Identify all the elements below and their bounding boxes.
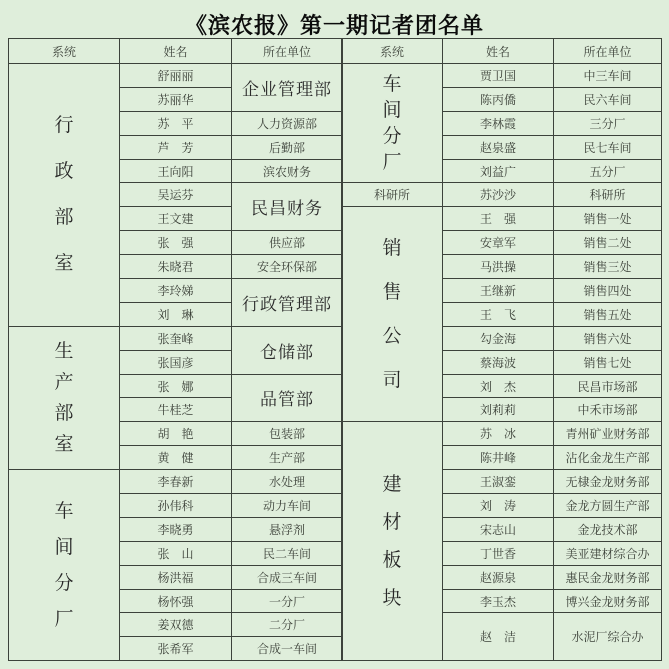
unit-cell: 一分厂 — [232, 589, 343, 613]
name-cell: 吴运芬 — [120, 183, 232, 207]
name-cell: 张 娜 — [120, 374, 232, 398]
name-cell: 勾金海 — [443, 326, 554, 350]
name-cell: 李春新 — [120, 470, 232, 494]
name-cell: 胡 艳 — [120, 422, 232, 446]
name-cell: 蔡海波 — [443, 350, 554, 374]
unit-cell: 民七车间 — [554, 135, 662, 159]
unit-cell: 供应部 — [232, 231, 343, 255]
unit-cell: 中三车间 — [554, 64, 662, 88]
unit-cell: 民二车间 — [232, 541, 343, 565]
name-cell: 安章军 — [443, 231, 554, 255]
unit-cell: 销售六处 — [554, 326, 662, 350]
table-row: 车间分厂 李春新 水处理 — [9, 470, 343, 494]
unit-cell: 青州矿业财务部 — [554, 422, 662, 446]
name-cell: 王文建 — [120, 207, 232, 231]
unit-cell: 金龙技术部 — [554, 517, 662, 541]
name-cell: 刘 杰 — [443, 374, 554, 398]
name-cell: 孙伟科 — [120, 494, 232, 518]
group-cell-workshop-right: 车间分厂 — [342, 64, 443, 183]
header-system-right: 系统 — [342, 39, 443, 64]
unit-cell: 包装部 — [232, 422, 343, 446]
unit-cell: 行政管理部 — [232, 279, 343, 327]
unit-cell: 销售一处 — [554, 207, 662, 231]
group-cell-admin: 行政部室 — [9, 64, 120, 327]
header-system-left: 系统 — [9, 39, 120, 64]
unit-cell: 五分厂 — [554, 159, 662, 183]
name-cell: 李林霞 — [443, 111, 554, 135]
name-cell: 杨洪福 — [120, 565, 232, 589]
name-cell: 宋志山 — [443, 517, 554, 541]
name-cell: 贾卫国 — [443, 64, 554, 88]
unit-cell: 博兴金龙财务部 — [554, 589, 662, 613]
table-row: 车间分厂 贾卫国 中三车间 — [342, 64, 662, 88]
unit-cell: 民六车间 — [554, 87, 662, 111]
group-cell-workshop-left: 车间分厂 — [9, 470, 120, 661]
name-cell: 赵泉盛 — [443, 135, 554, 159]
unit-cell: 金龙方圆生产部 — [554, 494, 662, 518]
name-cell: 王向阳 — [120, 159, 232, 183]
unit-cell: 销售七处 — [554, 350, 662, 374]
table-row: 科研所 苏沙沙 科研所 — [342, 183, 662, 207]
unit-cell: 后勤部 — [232, 135, 343, 159]
unit-cell: 水处理 — [232, 470, 343, 494]
unit-cell: 动力车间 — [232, 494, 343, 518]
name-cell: 王继新 — [443, 279, 554, 303]
left-table: 系统 姓名 所在单位 行政部室 舒丽丽 企业管理部 苏丽华 苏 平人力资源部 芦… — [8, 38, 343, 661]
name-cell: 苏沙沙 — [443, 183, 554, 207]
unit-cell: 中禾市场部 — [554, 398, 662, 422]
unit-cell: 销售四处 — [554, 279, 662, 303]
unit-cell: 水泥厂综合办 — [554, 613, 662, 661]
group-cell-sales: 销售公司 — [342, 207, 443, 422]
unit-cell: 美亚建材综合办 — [554, 541, 662, 565]
name-cell: 李玲娣 — [120, 279, 232, 303]
unit-cell: 科研所 — [554, 183, 662, 207]
unit-cell: 销售五处 — [554, 302, 662, 326]
unit-cell: 品管部 — [232, 374, 343, 422]
unit-cell: 企业管理部 — [232, 64, 343, 112]
unit-cell: 销售三处 — [554, 255, 662, 279]
name-cell: 陈丙僑 — [443, 87, 554, 111]
unit-cell: 生产部 — [232, 446, 343, 470]
name-cell: 张希军 — [120, 637, 232, 661]
name-cell: 朱晓君 — [120, 255, 232, 279]
name-cell: 张 强 — [120, 231, 232, 255]
name-cell: 舒丽丽 — [120, 64, 232, 88]
unit-cell: 民昌财务 — [232, 183, 343, 231]
group-cell-building-materials: 建材板块 — [342, 422, 443, 661]
unit-cell: 安全环保部 — [232, 255, 343, 279]
name-cell: 丁世香 — [443, 541, 554, 565]
group-label-admin: 行政部室 — [9, 116, 119, 273]
name-cell: 姜双德 — [120, 613, 232, 637]
name-cell: 王 飞 — [443, 302, 554, 326]
table-row: 行政部室 舒丽丽 企业管理部 — [9, 64, 343, 88]
table-row: 销售公司 王 强 销售一处 — [342, 207, 662, 231]
name-cell: 张国彦 — [120, 350, 232, 374]
header-unit-right: 所在单位 — [554, 39, 662, 64]
name-cell: 杨怀强 — [120, 589, 232, 613]
name-cell: 刘 涛 — [443, 494, 554, 518]
group-label-sales: 销售公司 — [342, 239, 442, 390]
name-cell: 苏丽华 — [120, 87, 232, 111]
name-cell: 赵 洁 — [443, 613, 554, 661]
group-label-building-materials: 建材板块 — [342, 475, 442, 608]
unit-cell: 滨农财务 — [232, 159, 343, 183]
group-label-workshop-left: 车间分厂 — [9, 502, 119, 629]
group-label-workshop-right: 车间分厂 — [342, 75, 442, 172]
table-row: 建材板块 苏 冰 青州矿业财务部 — [342, 422, 662, 446]
unit-cell: 合成一车间 — [232, 637, 343, 661]
name-cell: 李晓勇 — [120, 517, 232, 541]
name-cell: 刘益广 — [443, 159, 554, 183]
unit-cell: 仓储部 — [232, 326, 343, 374]
name-cell: 王淑銮 — [443, 470, 554, 494]
unit-cell: 民昌市场部 — [554, 374, 662, 398]
name-cell: 苏 平 — [120, 111, 232, 135]
header-name-right: 姓名 — [443, 39, 554, 64]
name-cell: 芦 芳 — [120, 135, 232, 159]
right-table: 系统 姓名 所在单位 车间分厂 贾卫国 中三车间 陈丙僑民六车间 李林霞三分厂 … — [341, 38, 662, 661]
name-cell: 王 强 — [443, 207, 554, 231]
table-row: 生产部室 张奎峰 仓储部 — [9, 326, 343, 350]
name-cell: 黄 健 — [120, 446, 232, 470]
name-cell: 李玉杰 — [443, 589, 554, 613]
name-cell: 牛桂芝 — [120, 398, 232, 422]
name-cell: 陈井峰 — [443, 446, 554, 470]
unit-cell: 沾化金龙生产部 — [554, 446, 662, 470]
name-cell: 刘 琳 — [120, 302, 232, 326]
name-cell: 苏 冰 — [443, 422, 554, 446]
unit-cell: 人力资源部 — [232, 111, 343, 135]
left-header-row: 系统 姓名 所在单位 — [9, 39, 343, 64]
group-cell-production: 生产部室 — [9, 326, 120, 469]
unit-cell: 合成三车间 — [232, 565, 343, 589]
unit-cell: 悬浮剂 — [232, 517, 343, 541]
unit-cell: 无棣金龙财务部 — [554, 470, 662, 494]
group-label-production: 生产部室 — [9, 342, 119, 454]
name-cell: 赵源泉 — [443, 565, 554, 589]
group-cell-research: 科研所 — [342, 183, 443, 207]
name-cell: 刘莉莉 — [443, 398, 554, 422]
name-cell: 马洪操 — [443, 255, 554, 279]
unit-cell: 惠民金龙财务部 — [554, 565, 662, 589]
name-cell: 张 山 — [120, 541, 232, 565]
unit-cell: 二分厂 — [232, 613, 343, 637]
header-name-left: 姓名 — [120, 39, 232, 64]
unit-cell: 三分厂 — [554, 111, 662, 135]
name-cell: 张奎峰 — [120, 326, 232, 350]
unit-cell: 销售二处 — [554, 231, 662, 255]
right-header-row: 系统 姓名 所在单位 — [342, 39, 662, 64]
header-unit-left: 所在单位 — [232, 39, 343, 64]
page-title: 《滨农报》第一期记者团名单 — [0, 9, 669, 40]
